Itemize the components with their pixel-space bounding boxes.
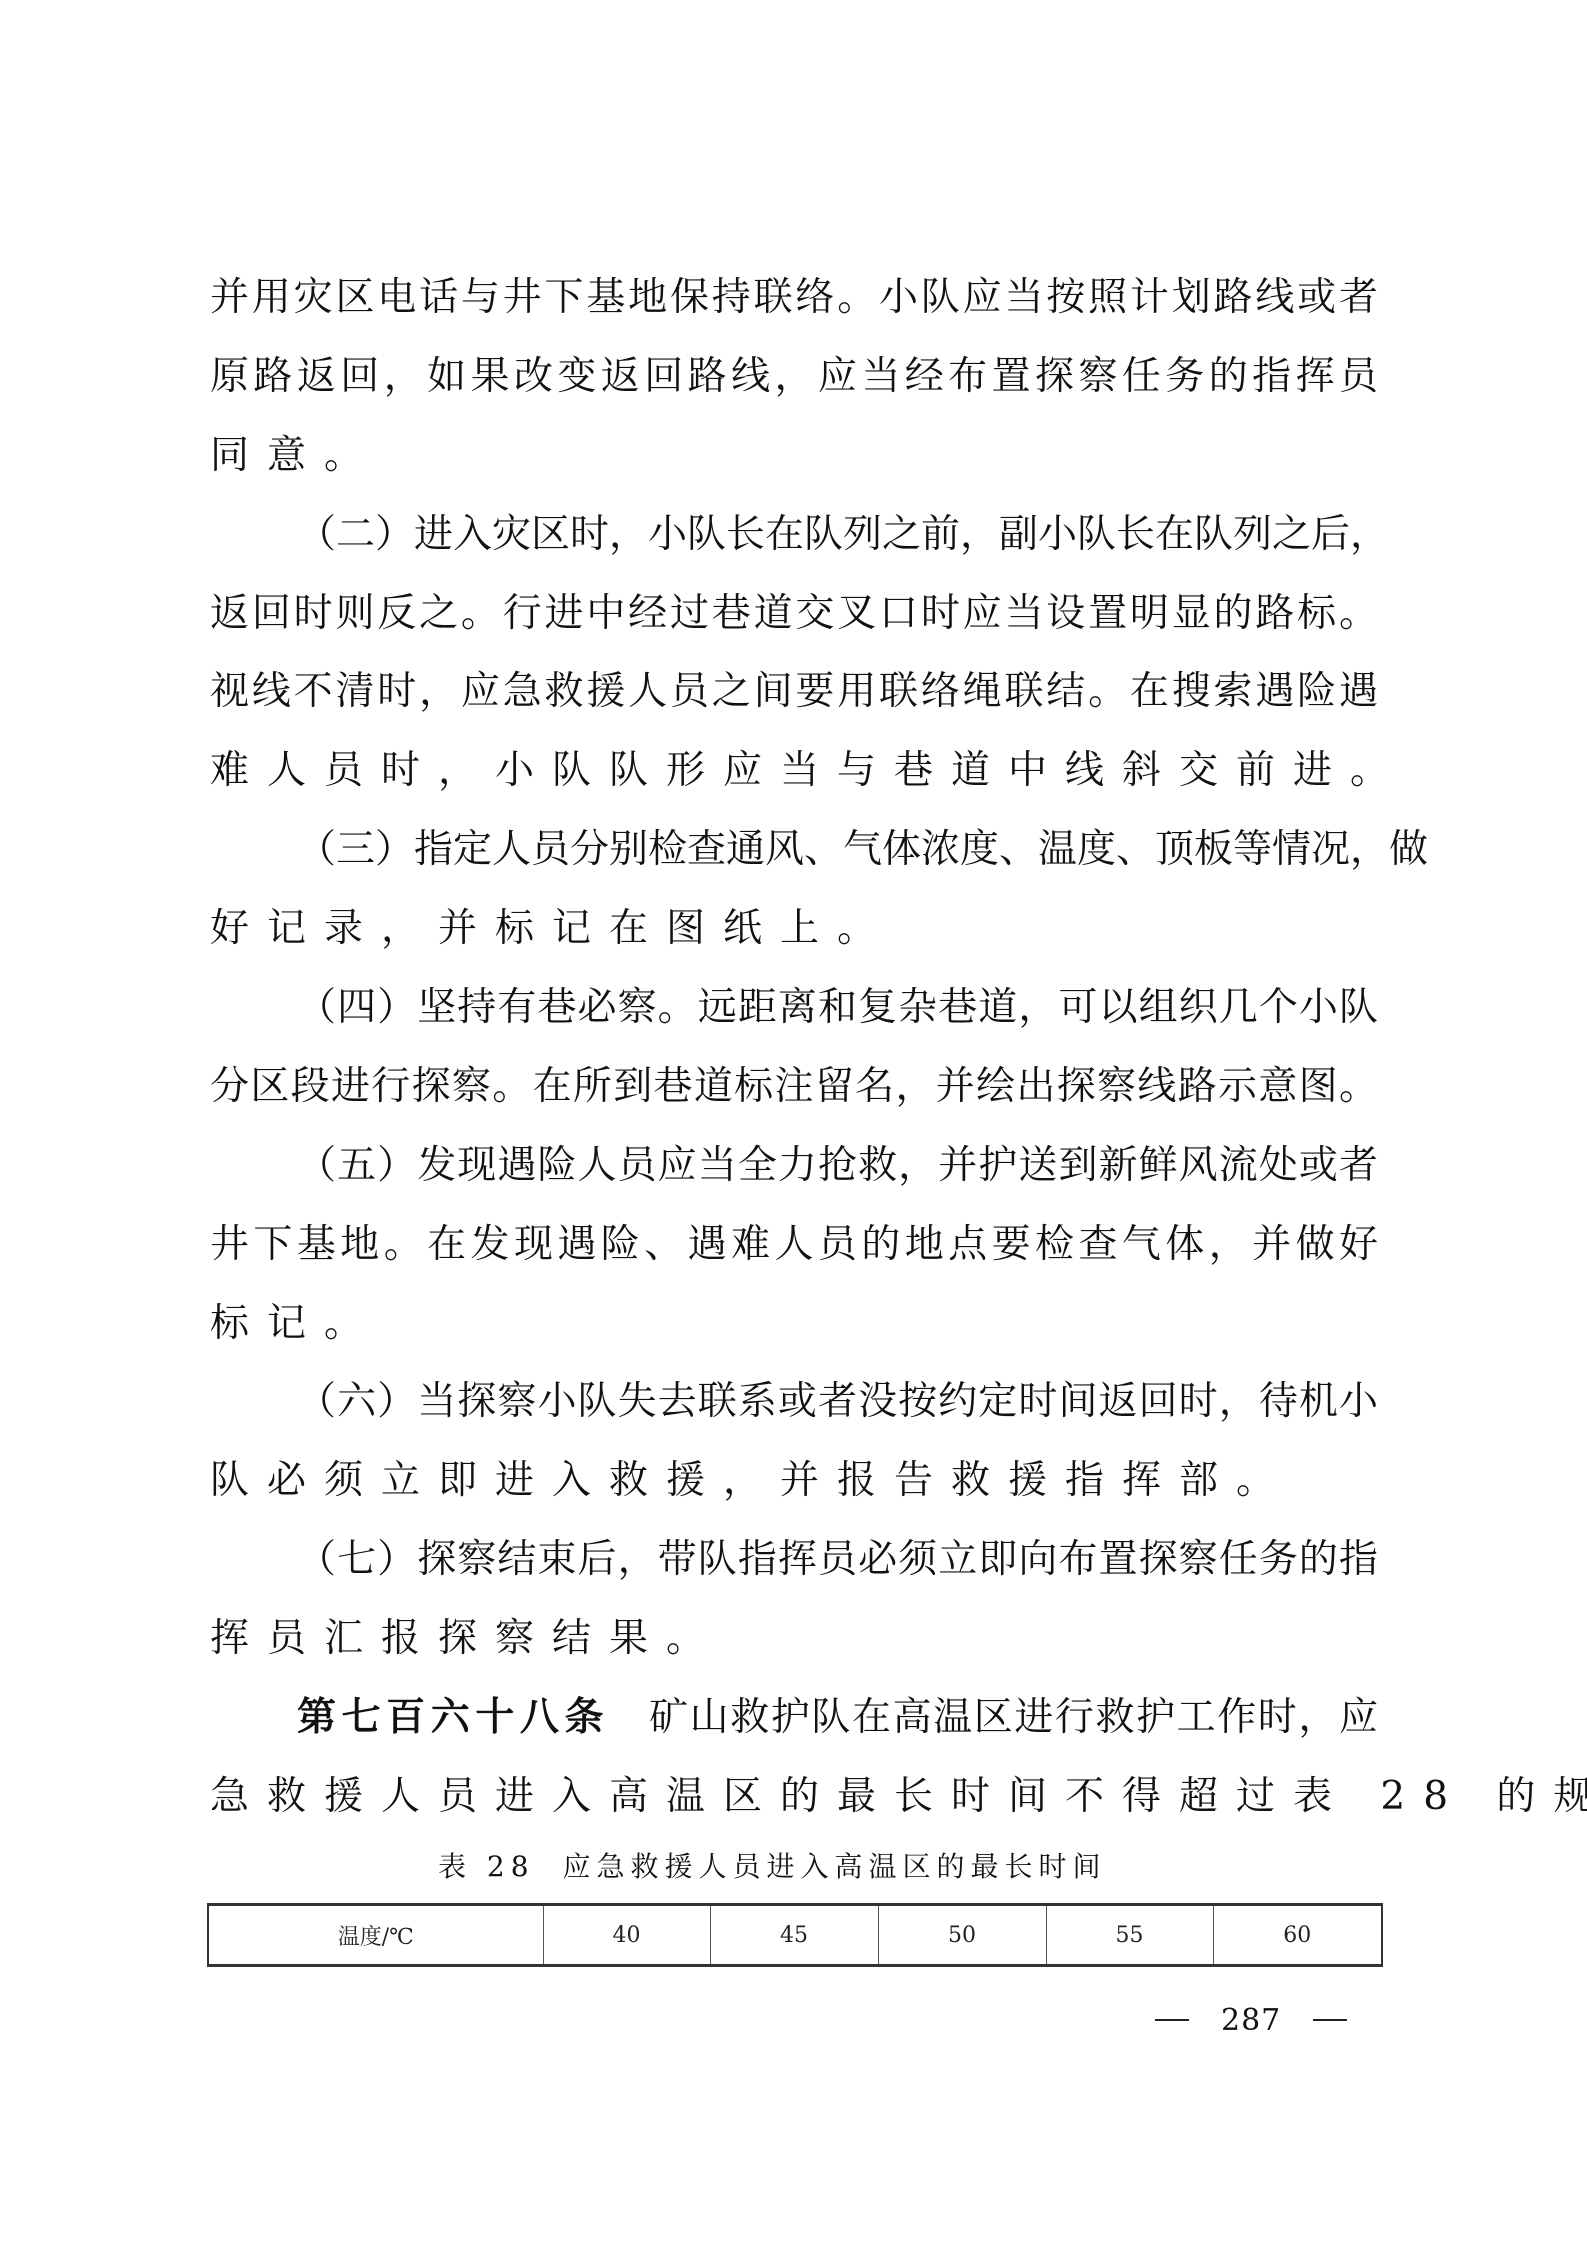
- text-line: 难人员时，小队队形应当与巷道中线斜交前进。: [210, 749, 1378, 828]
- text-line: 视线不清时，应急救援人员之间要用联络绳联结。在搜索遇险遇: [210, 670, 1378, 749]
- article-text: 矿山救护队在高温区进行救护工作时，应: [649, 1695, 1378, 1740]
- text-line: 并用灾区电话与井下基地保持联络。小队应当按照计划路线或者: [210, 276, 1378, 355]
- table-cell: 50: [878, 1905, 1046, 1966]
- table-cell: 55: [1046, 1905, 1213, 1966]
- temperature-table: 温度/℃ 40 45 50 55 60: [207, 1903, 1383, 1967]
- table-cell: 45: [710, 1905, 878, 1966]
- text-line: 井下基地。在发现遇险、遇难人员的地点要检查气体，并做好: [210, 1223, 1378, 1302]
- text-line: （二）进入灾区时，小队长在队列之前，副小队长在队列之后，: [210, 513, 1378, 592]
- page-number-dash-right: [1313, 2019, 1347, 2021]
- table-caption: 表 28应急救援人员进入高温区的最长时间: [438, 1850, 1107, 1884]
- table-cell: 40: [543, 1905, 710, 1966]
- text-line: 挥员汇报探察结果。: [210, 1617, 1378, 1696]
- text-line: 好记录，并标记在图纸上。: [210, 907, 1378, 986]
- table-cell: 60: [1213, 1905, 1382, 1966]
- document-page: 并用灾区电话与井下基地保持联络。小队应当按照计划路线或者 原路返回，如果改变返回…: [0, 0, 1587, 2245]
- body-text: 并用灾区电话与井下基地保持联络。小队应当按照计划路线或者 原路返回，如果改变返回…: [210, 276, 1378, 1854]
- text-line: 返回时则反之。行进中经过巷道交叉口时应当设置明显的路标。: [210, 592, 1378, 671]
- table-row: 温度/℃ 40 45 50 55 60: [208, 1905, 1382, 1966]
- text-line: （四）坚持有巷必察。远距离和复杂巷道，可以组织几个小队: [210, 986, 1378, 1065]
- text-line: （七）探察结束后，带队指挥员必须立即向布置探察任务的指: [210, 1538, 1378, 1617]
- text-line: 原路返回，如果改变返回路线，应当经布置探察任务的指挥员: [210, 355, 1378, 434]
- page-number-dash-left: [1155, 2019, 1189, 2021]
- text-line: 队必须立即进入救援，并报告救援指挥部。: [210, 1459, 1378, 1538]
- text-line: 分区段进行探察。在所到巷道标注留名，并绘出探察线路示意图。: [210, 1065, 1378, 1144]
- table-caption-number: 表 28: [438, 1850, 535, 1883]
- table-caption-title: 应急救援人员进入高温区的最长时间: [563, 1850, 1107, 1883]
- article-label: 第七百六十八条: [297, 1695, 609, 1740]
- text-line: （六）当探察小队失去联系或者没按约定时间返回时，待机小: [210, 1380, 1378, 1459]
- article-line: 第七百六十八条矿山救护队在高温区进行救护工作时，应: [210, 1696, 1378, 1775]
- text-line: （三）指定人员分别检查通风、气体浓度、温度、顶板等情况，做: [210, 828, 1378, 907]
- text-line: 标记。: [210, 1302, 1378, 1381]
- text-line: 同意。: [210, 434, 1378, 513]
- page-number: 287: [1155, 2003, 1347, 2039]
- text-line: （五）发现遇险人员应当全力抢救，并护送到新鲜风流处或者: [210, 1144, 1378, 1223]
- page-number-value: 287: [1221, 2003, 1281, 2039]
- temperature-table-container: 温度/℃ 40 45 50 55 60: [207, 1903, 1381, 1967]
- table-row-header: 温度/℃: [208, 1905, 543, 1966]
- text-line: 急救援人员进入高温区的最长时间不得超过表 28 的规定。: [210, 1775, 1378, 1854]
